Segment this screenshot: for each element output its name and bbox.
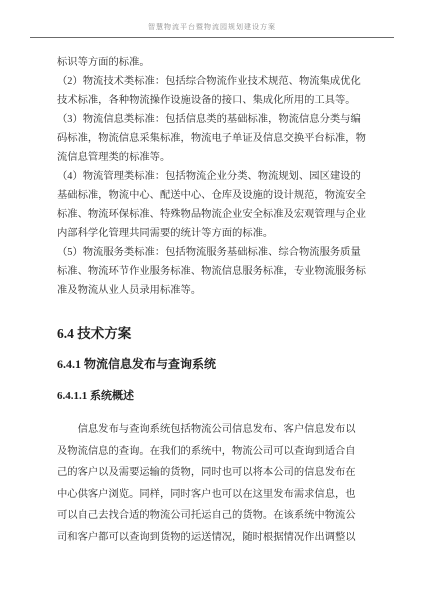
- section-heading-6-4-1: 6.4.1 物流信息发布与查询系统: [57, 355, 216, 372]
- running-header: 智慧物流平台暨物流园规划建设方案: [0, 22, 424, 32]
- header-divider: [30, 37, 394, 38]
- overview-paragraph: 信息发布与查询系统包括物流公司信息发布、客户信息发布以 及物流信息的查询。在我们…: [57, 419, 379, 548]
- standards-paragraphs: 标识等方面的标准。 （2）物流技术类标准：包括综合物流作业技术规范、物流集成优化…: [57, 53, 379, 300]
- section-heading-6-4-1-1: 6.4.1.1 系统概述: [57, 387, 134, 403]
- section-heading-6-4: 6.4 技术方案: [57, 322, 131, 342]
- document-page: 智慧物流平台暨物流园规划建设方案 标识等方面的标准。 （2）物流技术类标准：包括…: [0, 0, 424, 600]
- running-header-title: 智慧物流平台暨物流园规划建设方案: [148, 23, 276, 31]
